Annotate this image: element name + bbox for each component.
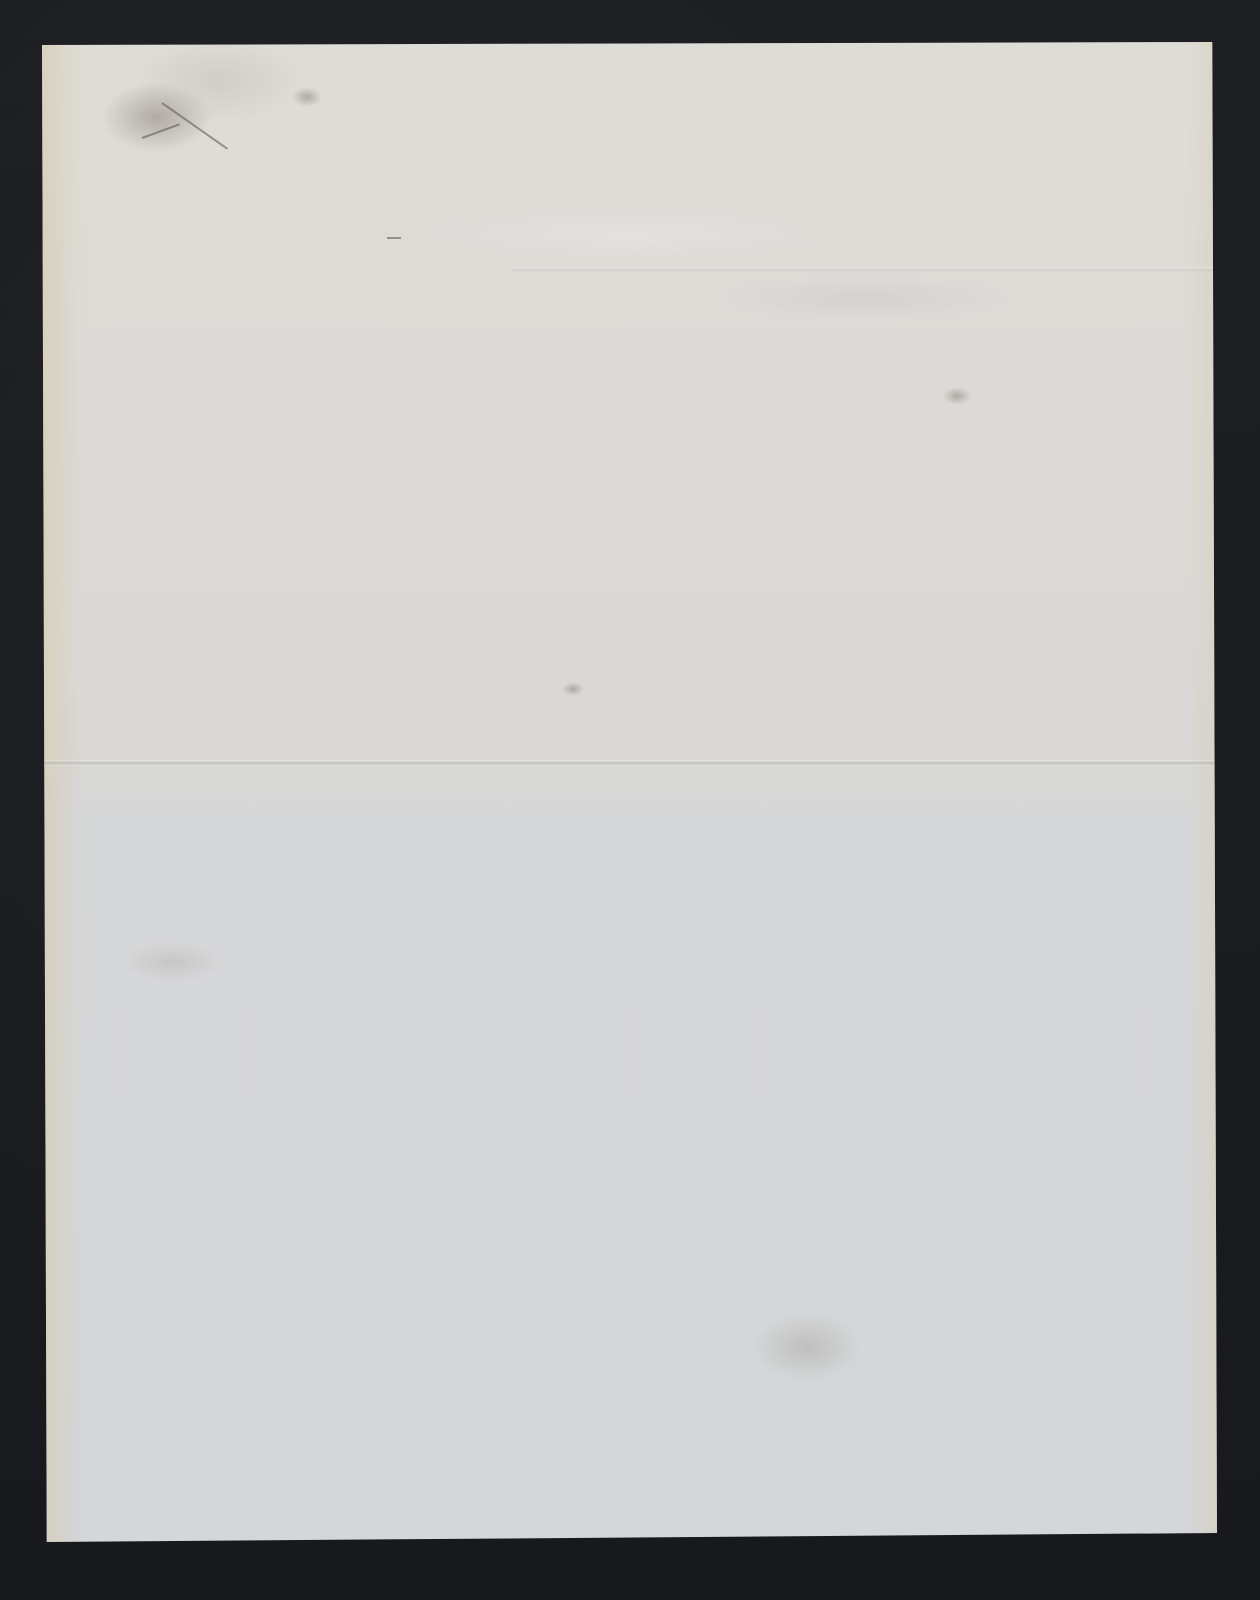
stain-left <box>122 942 222 982</box>
stain-bottom <box>752 1312 862 1382</box>
crinkle-texture <box>42 42 1217 362</box>
horizontal-fold-line <box>42 760 1217 766</box>
scratch-mark <box>387 237 401 239</box>
stain-top-left <box>102 82 212 152</box>
blank-paper-sheet <box>42 42 1217 1542</box>
stain-top <box>292 87 322 107</box>
stain-right <box>942 387 972 405</box>
upper-crease <box>512 267 1217 271</box>
stain-center <box>562 682 584 696</box>
